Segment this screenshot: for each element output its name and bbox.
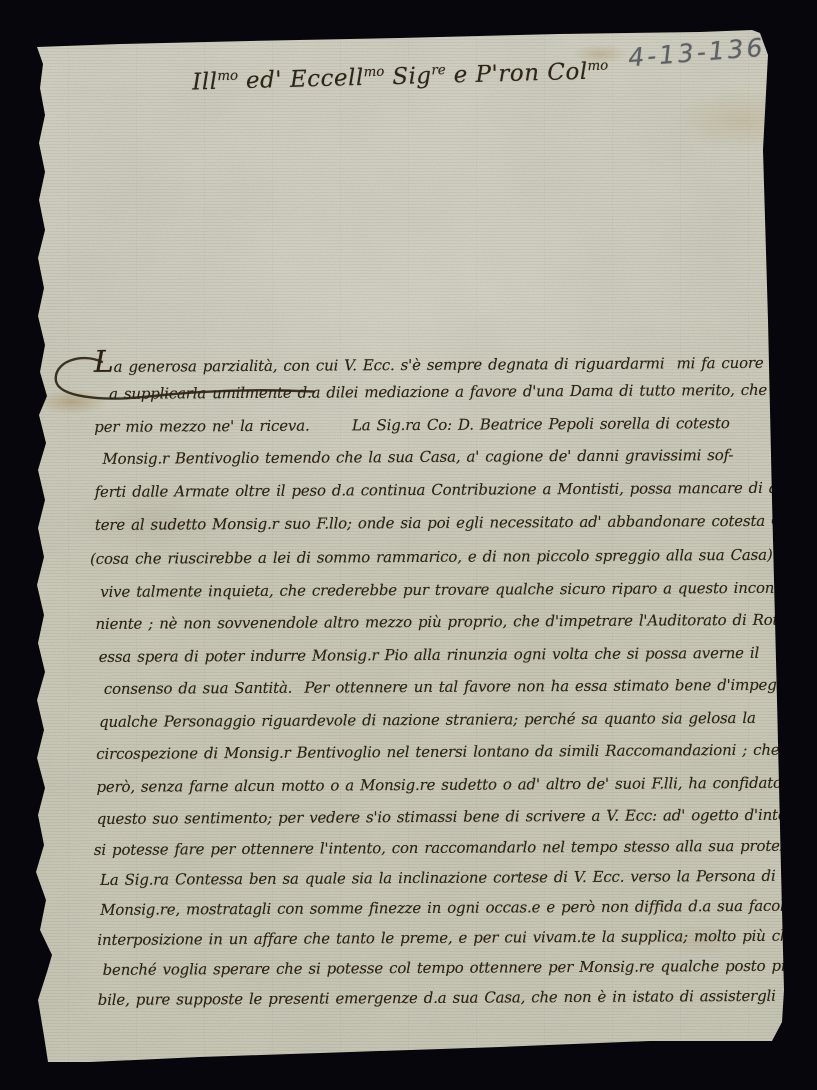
letter-line: consenso da sua Santità. Per ottennere u… <box>104 678 811 697</box>
letter-line: però, senza farne alcun motto o a Monsig… <box>96 775 817 794</box>
manuscript-page: Illmo ed' Eccellmo Sigre e P'ron Colmo L… <box>0 0 817 1090</box>
letter-line: tere al sudetto Monsig.r suo F.llo; onde… <box>95 514 813 533</box>
letter-line: Monsig.r Bentivoglio temendo che la sua … <box>102 448 733 467</box>
letter-line: Monsig.re, mostratagli con somme finezze… <box>100 898 817 917</box>
letter-line: ferti dalle Armate oltre il peso d.a con… <box>95 481 810 500</box>
letter-line: circospezione di Monsig.r Bentivoglio ne… <box>96 743 779 762</box>
letter-line: La generosa parzialità, con cui V. Ecc. … <box>94 350 764 375</box>
letter-line: La Sig.ra Contessa ben sa quale sia la i… <box>100 869 776 888</box>
letter-line: a supplicarla umilmente d.a dilei mediaz… <box>109 383 767 402</box>
letter-line: qualche Personaggio riguardevole di nazi… <box>99 711 756 730</box>
letter-line: (cosa che riuscirebbe a lei di sommo ram… <box>90 548 797 567</box>
letter-line: per mio mezzo ne' la riceva. La Sig.ra C… <box>94 416 729 435</box>
letter-line: si potesse fare per ottennere l'intento,… <box>94 838 817 857</box>
letter-line: essa spera di poter indurre Monsig.r Pio… <box>99 646 760 665</box>
letter-line: benché voglia sperare che si potesse col… <box>103 958 817 978</box>
handwriting-layer: Illmo ed' Eccellmo Sigre e P'ron Colmo L… <box>0 0 817 1090</box>
letter-body: La generosa parzialità, con cui V. Ecc. … <box>0 0 817 1090</box>
letter-line: vive talmente inquieta, che crederebbe p… <box>100 581 796 600</box>
photograph-background: Illmo ed' Eccellmo Sigre e P'ron Colmo L… <box>0 0 817 1090</box>
letter-line: interposizione in un affare che tanto le… <box>97 929 802 948</box>
letter-line: niente ; nè non sovvenendole altro mezzo… <box>95 613 791 632</box>
letter-line: bile, pure supposte le presenti emergenz… <box>98 989 776 1008</box>
letter-line: questo suo sentimento; per vedere s'io s… <box>97 807 817 827</box>
